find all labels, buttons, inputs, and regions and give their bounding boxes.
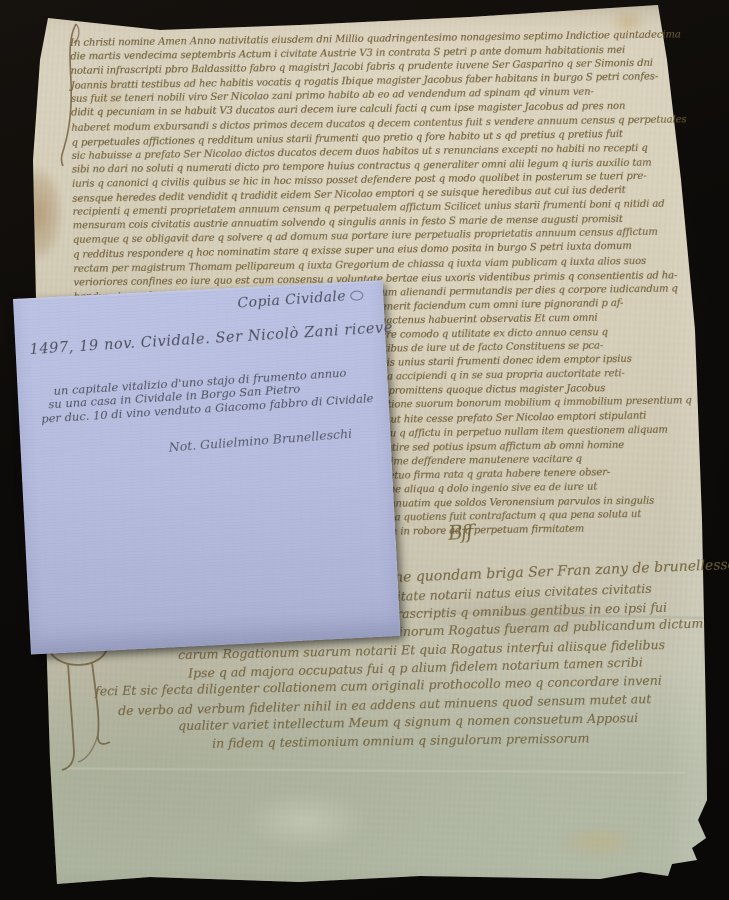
note-date-line: 1497, 19 nov. Cividale. Ser Nicolò Zani …	[29, 320, 393, 358]
note-body: un capitale vitalizio d'uno stajo di fru…	[53, 363, 374, 426]
archival-note: Copia Cividale 1497, 19 nov. Cividale. S…	[13, 280, 401, 654]
flourish-mark-icon	[350, 290, 364, 301]
note-header-text: Copia Cividale	[237, 288, 346, 311]
note-header: Copia Cividale	[237, 287, 363, 312]
manuscript-photo: In christi nomine Amen Anno nativitatis …	[0, 0, 729, 900]
signum-right-leg	[92, 662, 110, 744]
closing-line: in fidem q testimonium omnium q singulor…	[212, 730, 590, 750]
signum-foot	[78, 734, 98, 762]
note-signature: Not. Gulielmino Brunelleschi	[168, 426, 352, 455]
signum-left-leg	[62, 663, 74, 770]
